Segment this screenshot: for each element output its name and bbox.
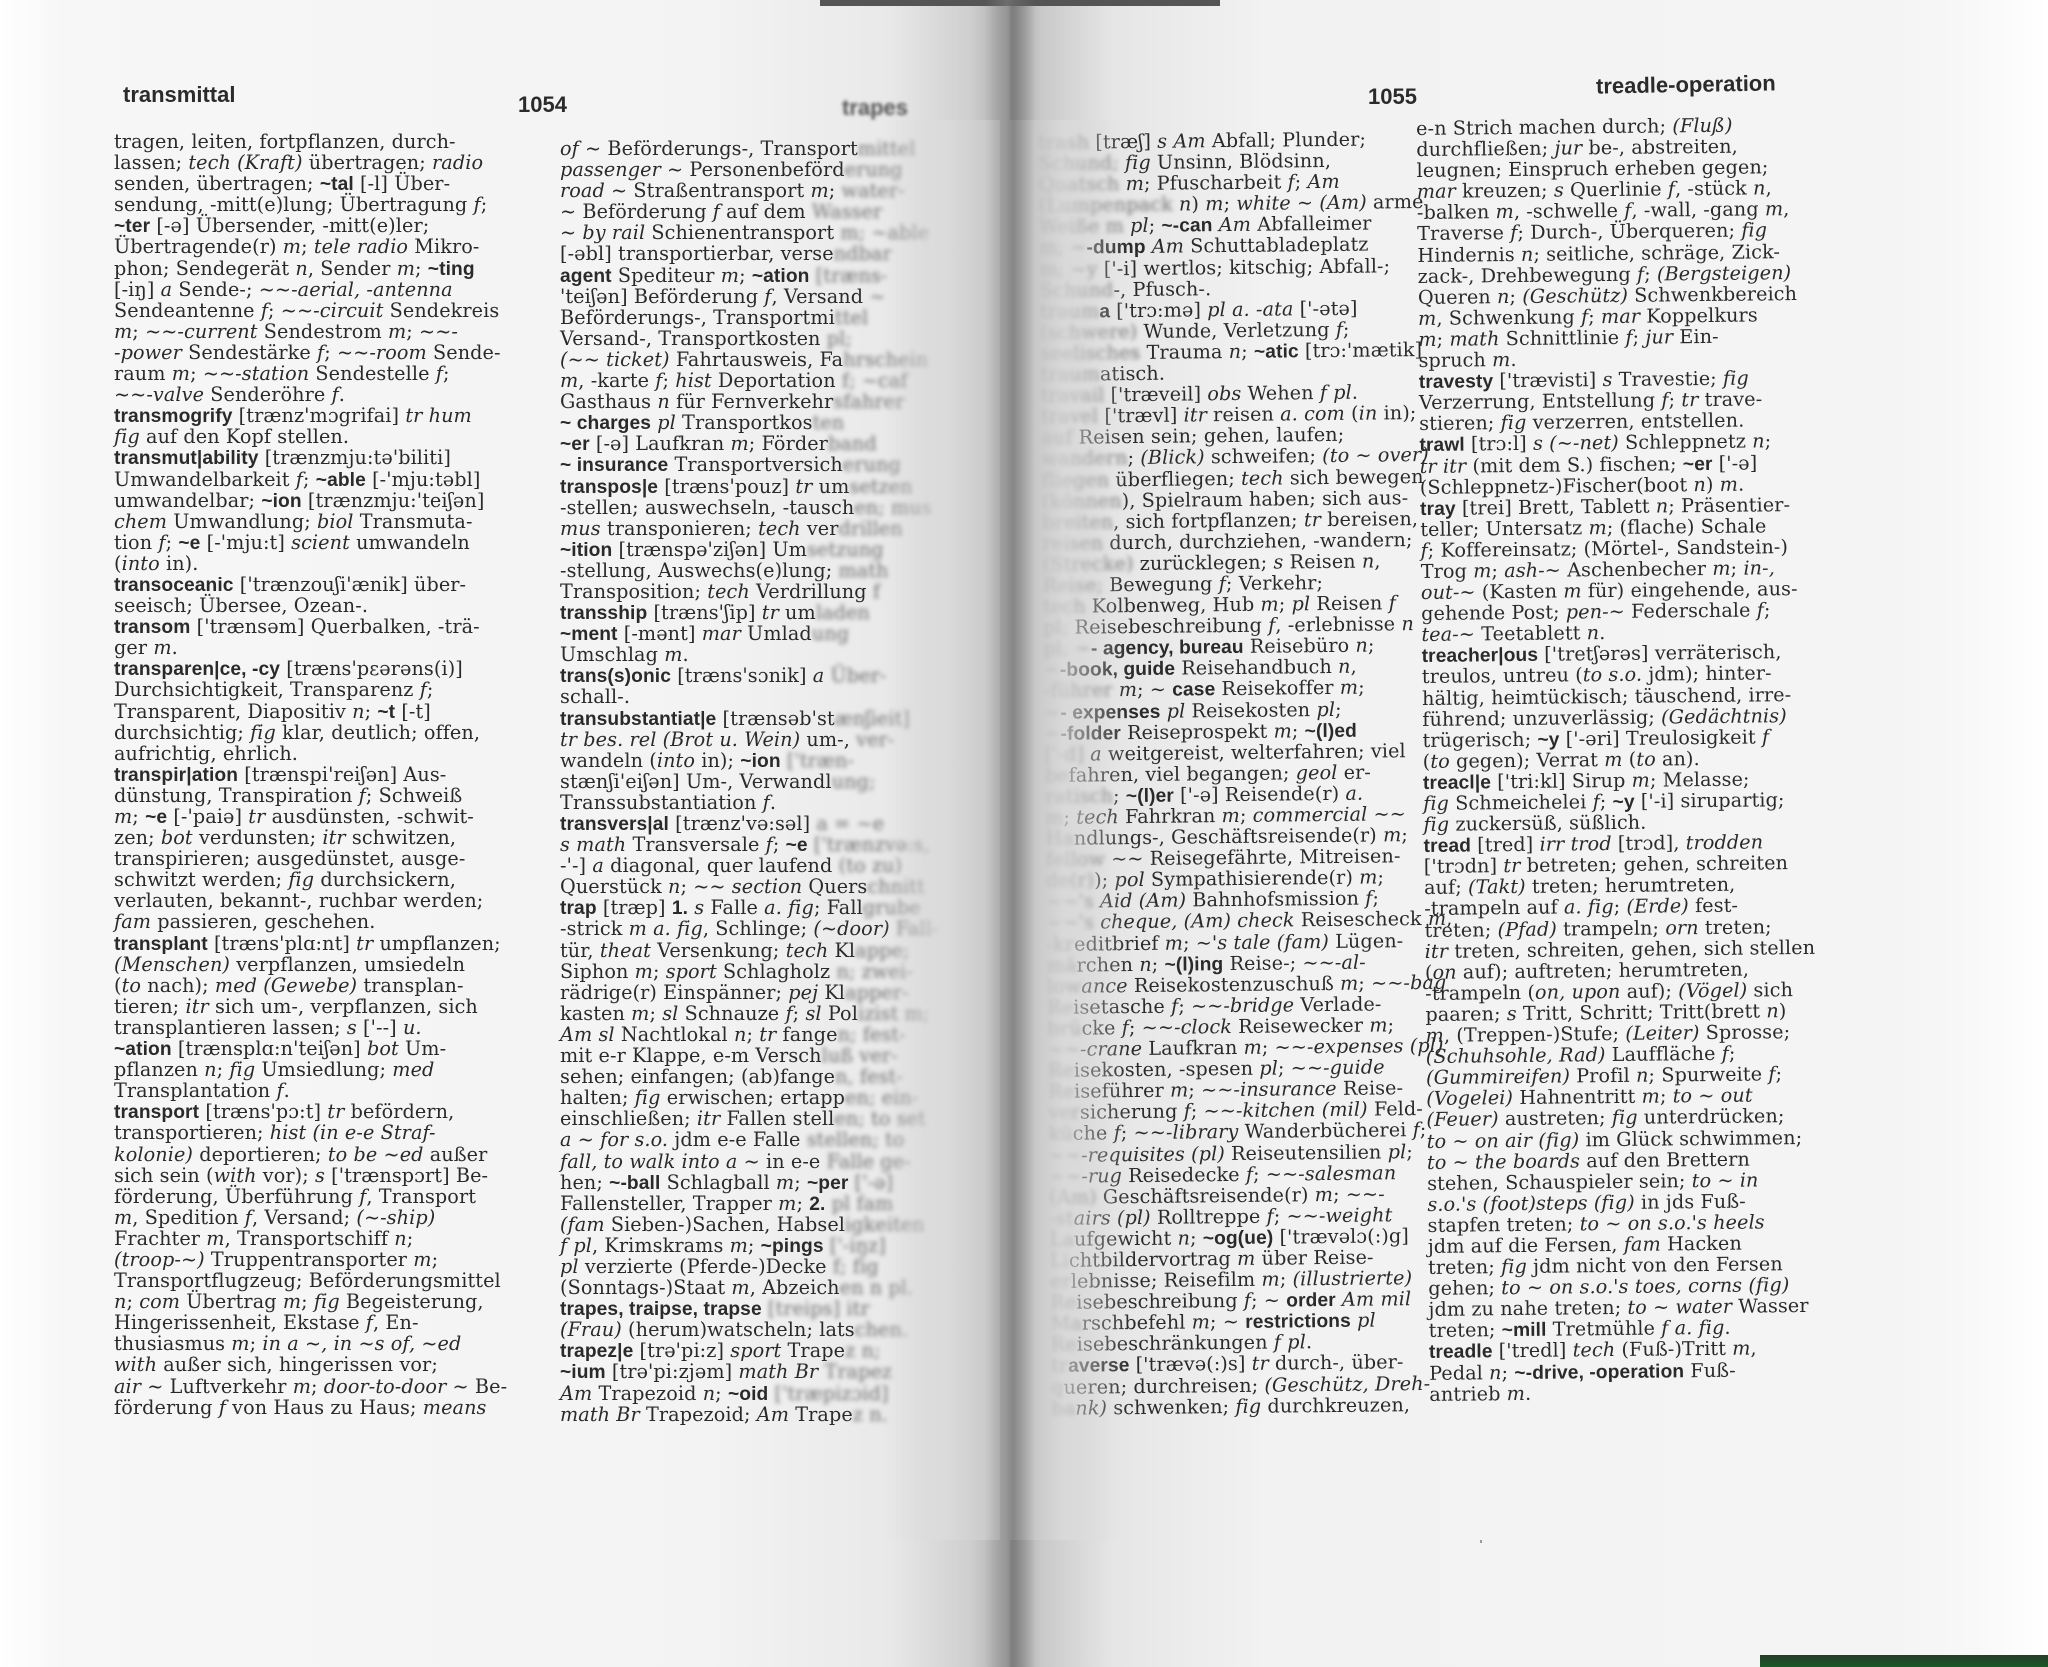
grammar-label: n (114, 1290, 126, 1313)
headword: ~able (316, 470, 366, 491)
headword: transom (114, 617, 190, 638)
definition-text: [-əbl] transportierbar, verse (560, 242, 834, 265)
definition-text: ; (1178, 994, 1191, 1017)
definition-text: ['-i] sirupartig; (1635, 788, 1785, 813)
grammar-label: itr (185, 995, 208, 1018)
headword: transvers|al (560, 814, 669, 835)
grammar-label: f (420, 678, 427, 701)
grammar-label: fig (1235, 1394, 1261, 1417)
definition-text: ; (1614, 895, 1627, 918)
entry-line: schwitzt werden; fig durchsickern, (114, 869, 524, 890)
grammar-label: pl (1130, 214, 1149, 237)
headword: trans(s)onic (560, 666, 671, 687)
definition-text: . (1599, 621, 1605, 644)
definition-text: ; (1729, 1042, 1736, 1065)
definition-text: Umsiedlung; (255, 1058, 392, 1081)
grammar-label: a. fig (1564, 895, 1614, 919)
definition-text: ; (1191, 1100, 1204, 1123)
definition-text: [træns'plɑ:nt] (208, 932, 356, 955)
definition-text: tragen, leiten, fortpflanzen, durch- (114, 130, 456, 153)
headword: trapez|e (560, 1341, 633, 1362)
grammar-label: f pl (560, 1234, 592, 1257)
headword: trap (560, 898, 597, 919)
definition-text: ; (1152, 952, 1165, 975)
definition-text: lassen; (114, 151, 188, 174)
entry-line: chem Umwandlung; biol Transmuta- (114, 511, 524, 532)
grammar-label: m (293, 1375, 311, 1398)
grammar-label: fig (114, 425, 140, 448)
grammar-label: f (785, 1002, 792, 1025)
definition-text: ; (649, 1002, 662, 1025)
grammar-label: n (1521, 242, 1534, 265)
grammar-label: with (214, 1164, 257, 1187)
grammar-label: f (332, 383, 339, 406)
definition-text: ( (114, 552, 122, 575)
definition-text: ; (415, 257, 428, 280)
grammar-label: m (283, 1290, 301, 1313)
definition-text: Kl (818, 981, 845, 1004)
grammar-label: n (1753, 177, 1766, 200)
definition-text: Senderöhre (204, 383, 332, 406)
running-head-cutoff: trapes (842, 95, 908, 121)
grammar-label: ~~-current (145, 320, 258, 343)
definition-text: ; (1588, 305, 1601, 328)
definition-text: Umschlag (560, 643, 664, 666)
entry-line: transparen|ce, -cy [træns'pεərəns(i)] (114, 658, 524, 679)
definition-text: antrieb (1429, 1382, 1507, 1406)
definition-text: [-mənt] (618, 622, 702, 645)
entry-line: dünstung, Transpiration f; Schweiß (114, 785, 524, 806)
definition-text: ; (268, 299, 281, 322)
definition-text: ; (1644, 262, 1657, 285)
definition-text: Transposition; (560, 580, 707, 603)
definition-text: laden (816, 601, 870, 624)
grammar-label: m (1418, 307, 1437, 330)
entry-line: -power Sendestärke f; ~~-room Sende- (114, 342, 524, 363)
definition-text: [trænsəb'st (716, 707, 834, 730)
grammar-label: m (635, 960, 653, 983)
definition-text: Sendestrom (258, 320, 388, 343)
grammar-label: ~~- (419, 320, 458, 343)
definition-text: ['trænspɔrt] Be- (325, 1164, 488, 1187)
grammar-label: m (114, 320, 132, 343)
entry-line: ger m. (114, 637, 524, 658)
grammar-label: a. com (1280, 402, 1345, 426)
grammar-label: fig (1741, 219, 1767, 242)
headword: ~e (786, 835, 808, 856)
definition-text: ; (324, 341, 337, 364)
grammar-label: m (153, 636, 171, 659)
entry-line: sich sein (with vor); s ['trænspɔrt] Be- (114, 1165, 524, 1186)
headword: order (1286, 1290, 1336, 1312)
definition-text: , Versand (771, 285, 863, 308)
grammar-label: with (114, 1353, 157, 1376)
entry-line: Frachter m, Transportschiff n; (114, 1228, 524, 1249)
grammar-label: m (1604, 748, 1623, 771)
grammar-label: m (1359, 866, 1378, 889)
grammar-label: m (1732, 1337, 1751, 1360)
definition-text: ; (311, 1375, 324, 1398)
definition-text: [trænzmju:'teiʃən] (302, 489, 485, 512)
definition-text: Versenkung; (651, 939, 786, 962)
definition-text: [treips] itr (762, 1297, 870, 1320)
grammar-label: m (172, 362, 190, 385)
definition-text: Koppelkurs (1640, 303, 1758, 327)
grammar-label: (Blick) (1140, 446, 1205, 470)
definition-text: senden, übertragen; (114, 172, 320, 195)
definition-text: ; (1368, 634, 1375, 657)
grammar-label: pl (1207, 298, 1226, 321)
definition-text: Fallen stell (720, 1107, 834, 1130)
definition-text: Transsubstantiation (560, 791, 763, 814)
definition-text: [træns'sɔnik] (671, 664, 813, 687)
definition-text: um-, (800, 728, 850, 751)
definition-text: sendung, -mitt(e)lung; Übertragung (114, 193, 473, 216)
definition-text: ; (1190, 1226, 1203, 1249)
grammar-label: n (1177, 1226, 1190, 1249)
grammar-label: n (1752, 430, 1765, 453)
headword: ~tal (320, 174, 354, 195)
entry-line: kolonie) deportieren; to be ~ed außer (114, 1144, 524, 1165)
grammar-label: ~~ section (693, 875, 802, 898)
definition-text: ; (793, 1002, 806, 1025)
entry-line: ~ation [trænsplɑ:n'teiʃən] bot Um- (114, 1038, 524, 1059)
definition-text: f (867, 580, 880, 603)
grammar-label: f (436, 362, 443, 385)
grammar-label: (troop-~) (114, 1248, 205, 1271)
entry-line: tieren; itr sich um-, verpflanzen, sich (114, 996, 524, 1017)
entry-line: phon; Sendegerät n, Sender m; ~ting (114, 258, 524, 279)
headword: ~atic (1254, 341, 1299, 362)
grammar-label: to (122, 974, 141, 997)
entry-line: ~ter [-ə] Übersender, -mitt(e)ler; (114, 215, 524, 236)
definition-text: . (1738, 472, 1744, 495)
definition-text: Nachtlokal (615, 1023, 734, 1046)
definition-text: trave- (1698, 388, 1762, 412)
definition-text: ; (1183, 931, 1196, 954)
grammar-label: n (1693, 473, 1706, 496)
definition-text: [-ə] Übersender, -mitt(e)ler; (150, 214, 429, 237)
definition-text: Umlad (741, 622, 812, 645)
definition-text: ; (217, 1058, 230, 1081)
definition-text: , (1374, 549, 1380, 572)
definition-text: ; (301, 1290, 314, 1313)
headword: transpir|ation (114, 765, 238, 786)
definition-text: ausdünsten, -schwit- (265, 805, 474, 828)
definition-text: ; (746, 1023, 759, 1046)
grammar-label: pl (1316, 697, 1335, 720)
entry-line: Sendeantenne f; ~~-circuit Sendekreis (114, 300, 524, 321)
grammar-label: fig (229, 1058, 255, 1081)
grammar-label: in a ~, in ~s of, ~ed (262, 1332, 461, 1355)
definition-text: [trɔ:l] (1465, 432, 1534, 456)
headword: ~ charges (560, 413, 651, 434)
grammar-label: bot (367, 1037, 399, 1060)
grammar-label: ~~-valve (114, 383, 204, 406)
headword: ~t (377, 702, 395, 723)
definition-text: . (339, 383, 345, 406)
definition-text: ; (1401, 823, 1408, 846)
grammar-label: -power (114, 341, 182, 364)
definition-text: ; (365, 700, 378, 723)
definition-text: -stellung, Auswechs(e)lung; (560, 559, 838, 582)
definition-text: Umwandelbarkeit (114, 468, 296, 491)
grammar-label: ~ (560, 200, 576, 223)
definition-text: . (1352, 381, 1358, 404)
definition-text: ['--] (357, 1016, 403, 1039)
entry-line: m; ~~-current Sendestrom m; ~~- (114, 321, 524, 342)
grammar-label: tr (795, 475, 812, 498)
definition-text: , -karte (578, 369, 655, 392)
grammar-label: hist (in e-e Straf- (270, 1121, 436, 1144)
definition-text: wandeln ( (560, 749, 657, 772)
definition-text: pflanzen (114, 1058, 204, 1081)
headword: transplant (114, 934, 208, 955)
definition-text: [trænspi'reiʃən] Aus- (238, 763, 446, 786)
grammar-label: n (1355, 634, 1368, 657)
definition-text: ; (1387, 1013, 1394, 1036)
definition-text: sich (1747, 978, 1793, 1001)
definition-text: [trænz'və:səl] (669, 812, 816, 835)
headword: transmogrify (114, 406, 232, 427)
definition-text: ; (715, 1382, 728, 1405)
definition-text: in). (160, 552, 199, 575)
grammar-label: irr trod (1539, 832, 1611, 856)
definition-text: ; (1279, 592, 1292, 615)
entry-line: sendung, -mitt(e)lung; Übertragung f; (114, 194, 524, 215)
entry-line: (into in). (114, 553, 524, 574)
grammar-label: s (1273, 550, 1283, 573)
definition-text: Schnittlinie (1499, 326, 1625, 350)
definition-text: Deportation (712, 369, 842, 392)
grammar-label: n (1362, 549, 1375, 572)
definition-text: Beförderung (576, 200, 713, 223)
definition-text: Trape (789, 1403, 853, 1426)
grammar-label: f (713, 200, 720, 223)
definition-text: ; (1333, 1183, 1346, 1206)
grammar-label: fall, to walk into a ~ (560, 1150, 760, 1173)
definition-text: schwitzen, (346, 826, 456, 849)
definition-text: ( (1345, 402, 1359, 425)
grammar-label: n (703, 1382, 715, 1405)
headword: ~er (560, 434, 590, 455)
grammar-label: m (114, 1206, 132, 1229)
definition-text: ; (1262, 1036, 1275, 1059)
grammar-label: med (Gewebe) (215, 974, 357, 997)
headword: ~ter (114, 216, 150, 237)
grammar-label: ~~-al- (1302, 950, 1366, 974)
grammar-label: itr (1183, 403, 1207, 426)
definition-text: Schlagholz (717, 960, 837, 983)
grammar-label: m (1588, 516, 1607, 539)
definition-text: umpflanzen; (373, 932, 500, 955)
grammar-label: mar (702, 622, 741, 645)
definition-text: tür, (560, 939, 600, 962)
grammar-label: to s.o. (1583, 663, 1643, 687)
definition-text: ; (1358, 971, 1371, 994)
definition-text: Fallensteller, Trapper (560, 1192, 778, 1215)
grammar-label: f (261, 299, 268, 322)
grammar-label: sl (805, 1002, 821, 1025)
grammar-label: m (1425, 1024, 1444, 1047)
definition-text: , -erlebnisse (1275, 612, 1401, 636)
headword: transoceanic (114, 575, 234, 596)
grammar-label: mar (1417, 180, 1456, 203)
entry-line: (Menschen) verpflanzen, umsiedeln (114, 954, 524, 975)
grammar-label: in-, (1743, 556, 1775, 579)
grammar-label: fig (1612, 1106, 1638, 1129)
grammar-label: tr (248, 805, 265, 828)
grammar-label: (Menschen) (114, 953, 230, 976)
definition-text: [-'mju:təbl] (366, 468, 481, 491)
headword: transparen|ce, -cy (114, 659, 280, 680)
definition-text: übertragen; (303, 151, 432, 174)
grammar-label: (Erde) (1626, 895, 1689, 919)
paper-speck (1480, 1540, 1482, 1543)
definition-text: Transportkos (676, 411, 813, 434)
grammar-label: m (1641, 1085, 1660, 1108)
definition-text: ) (1191, 193, 1205, 216)
entry-line: zen; bot verdunsten; itr schwitzen, (114, 827, 524, 848)
definition-text: transpirieren; ausgedünstet, ausge- (114, 847, 465, 870)
definition-text: Übertrag (180, 1290, 283, 1313)
definition-text: Siphon (560, 960, 635, 983)
entry-line: transport [træns'pɔ:t] tr befördern, (114, 1101, 524, 1122)
definition-text: in); (695, 749, 740, 772)
grammar-label: ~~- (1346, 1182, 1385, 1205)
grammar-label: n (1489, 1361, 1502, 1384)
grammar-label: f (1762, 725, 1769, 748)
grammar-label: m (731, 1276, 749, 1299)
definition-text: Trapezoid (592, 1382, 702, 1405)
definition-text: [trə'pi:z] (633, 1339, 730, 1362)
grammar-label: m a. fig (629, 917, 703, 940)
entry-line: pflanzen n; fig Umsiedlung; med (114, 1059, 524, 1080)
definition-text: [trænzmju:tə'biliti] (259, 446, 451, 469)
definition-text: Hingerissenheit, Ekstase (114, 1311, 366, 1334)
grammar-label: m (206, 1227, 224, 1250)
definition-text: ; (739, 264, 752, 287)
grammar-label: tech (786, 939, 829, 962)
definition-text: Wasser (1732, 1294, 1809, 1318)
entry-line: transom ['trænsəm] Querbalken, -trä- (114, 616, 524, 637)
grammar-label: (Takt) (1468, 875, 1526, 899)
grammar-label: mus (560, 517, 601, 540)
definition-text: er- (1337, 760, 1371, 783)
grammar-label: n (352, 700, 364, 723)
entry-line: tion f; ~e [-'mju:t] scient umwandeln (114, 532, 524, 553)
definition-text: verpflanzen, umsiedeln (230, 953, 465, 976)
definition-text: [-ə] Laufkran (590, 432, 731, 455)
definition-text: ; (1253, 1162, 1266, 1185)
definition-text: , (1750, 1337, 1756, 1360)
definition-text: , Spedition (132, 1206, 244, 1229)
headword: ~ation (752, 266, 810, 287)
grammar-label: pl (1357, 1309, 1376, 1332)
grammar-label: ~ by rail (560, 221, 645, 244)
entry-line: raum m; ~~-station Sendestelle f; (114, 363, 524, 384)
definition-text: ) (1779, 999, 1787, 1022)
definition-text: Begeisterung, (340, 1290, 484, 1313)
grammar-label: Am mil (1342, 1287, 1411, 1311)
grammar-label: tech (707, 580, 750, 603)
definition-text: -stellen; auswechseln, -tausch (560, 496, 854, 519)
entry-line: [-iŋ] a Sende-; ~~-aerial, -antenna (114, 279, 524, 300)
definition-text: um (812, 475, 849, 498)
definition-text: Lügen- (1329, 929, 1404, 953)
grammar-label: fig (1501, 1255, 1527, 1278)
grammar-label: n (1338, 655, 1351, 678)
definition-text: . (1510, 348, 1516, 371)
entry-line: Transparent, Diapositiv n; ~t [-t] (114, 701, 524, 722)
headword: ~y (1537, 729, 1559, 750)
entry-line: verlauten, bekannt-, ruchbar werden; (114, 890, 524, 911)
grammar-label: com (139, 1290, 180, 1313)
grammar-label: n (1139, 953, 1152, 976)
grammar-label: m (1492, 348, 1511, 371)
definition-text: [trə'pi:zjəm] (606, 1360, 739, 1383)
grammar-label: pl (657, 411, 676, 434)
grammar-label: f (296, 468, 303, 491)
definition-text: ; (794, 1171, 807, 1194)
grammar-label: door-to-door ~ (324, 1375, 469, 1398)
definition-text: ; (1295, 170, 1308, 193)
grammar-label: f pl (1320, 381, 1352, 404)
entry-line: Übertragende(r) m; tele radio Mikro- (114, 236, 524, 257)
grammar-label: fig (1423, 813, 1449, 836)
definition-text: auf; (1424, 876, 1468, 899)
headword: transmut|ability (114, 448, 259, 469)
grammar-label: to (1430, 749, 1450, 772)
definition-text: seeisch; Übersee, Ozean-. (114, 594, 368, 617)
grammar-label: m (1712, 557, 1731, 580)
definition-text: Wasser (812, 200, 882, 223)
grammar-label: n (668, 875, 680, 898)
grammar-label: m (631, 1002, 649, 1025)
definition-text: Transplantation (114, 1079, 276, 1102)
definition-text: . (1724, 1316, 1730, 1339)
entry-line: transpirieren; ausgedünstet, ausge- (114, 848, 524, 869)
definition-text: ver (801, 517, 839, 540)
definition-text: Durchsichtigkeit, Transparenz (114, 678, 420, 701)
grammar-label: ~~-aerial, -antenna (259, 278, 453, 301)
grammar-label: m (1273, 719, 1292, 742)
grammar-label: m (721, 264, 739, 287)
definition-text: ; (1292, 719, 1305, 742)
grammar-label: m (1243, 1036, 1262, 1059)
grammar-label: ash-~ (1504, 558, 1561, 582)
grammar-label: m (1340, 971, 1359, 994)
grammar-label: sl (662, 1002, 678, 1025)
grammar-label: f (359, 784, 366, 807)
grammar-label: pej (788, 981, 818, 1004)
definition-text: ; (1241, 340, 1254, 363)
definition-text: thusiasmus (114, 1332, 231, 1355)
definition-text: -strick (560, 917, 629, 940)
definition-text: ; (829, 179, 842, 202)
grammar-label: m (776, 1171, 794, 1194)
definition-text: in); (1377, 401, 1416, 424)
grammar-label: m (1165, 931, 1184, 954)
definition-text: ; (1278, 1057, 1291, 1080)
definition-text: ; (1274, 1204, 1287, 1227)
definition-text: Luftverkehr (163, 1375, 292, 1398)
grammar-label: u. (403, 1016, 422, 1039)
definition-text: von Haus zu Haus; (226, 1396, 423, 1419)
definition-text: Personenbeförd (683, 158, 844, 181)
definition-text: durchkreuzen, (1261, 1393, 1410, 1418)
entry-line: aufrichtig, ehrlich. (114, 743, 524, 764)
